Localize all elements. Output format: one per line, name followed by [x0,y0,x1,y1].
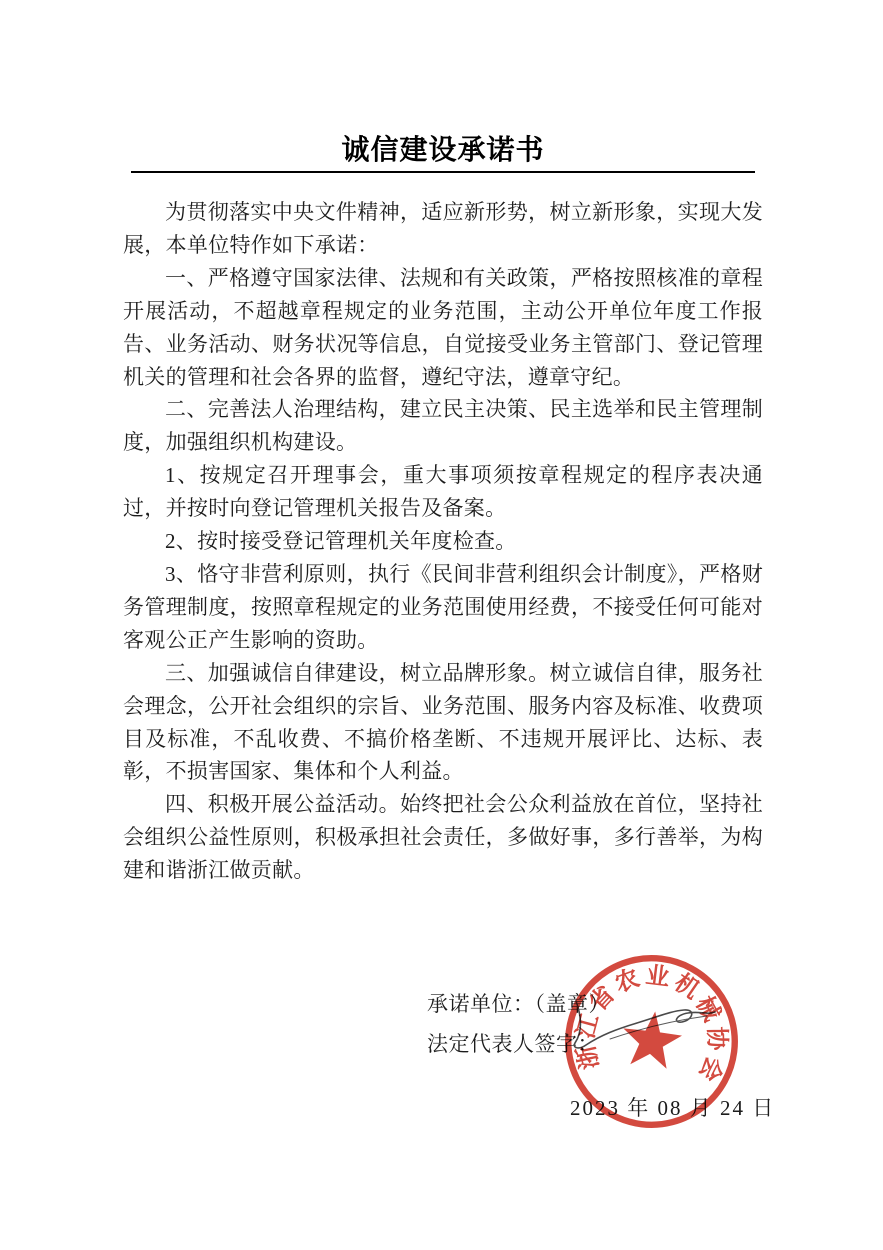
paragraph-item-2-1: 1、按规定召开理事会，重大事项须按章程规定的程序表决通过，并按时向登记管理机关报… [123,459,763,525]
paragraph-item-3: 三、加强诚信自律建设，树立品牌形象。树立诚信自律，服务社会理念，公开社会组织的宗… [123,657,763,789]
seal-star-icon [619,1008,684,1070]
paragraph-item-2-2: 2、按时接受登记管理机关年度检查。 [123,525,763,558]
document-body: 为贯彻落实中央文件精神，适应新形势，树立新形象，实现大发展，本单位特作如下承诺：… [123,196,763,887]
paragraph-item-1: 一、严格遵守国家法律、法规和有关政策，严格按照核准的章程开展活动，不超越章程规定… [123,262,763,394]
paragraph-intro: 为贯彻落实中央文件精神，适应新形势，树立新形象，实现大发展，本单位特作如下承诺： [123,196,763,262]
paragraph-item-4: 四、积极开展公益活动。始终把社会公众利益放在首位，坚持社会组织公益性原则，积极承… [123,788,763,887]
official-seal: 浙江省农业机械协会 [550,940,754,1144]
document-page: 诚信建设承诺书 为贯彻落实中央文件精神，适应新形势，树立新形象，实现大发展，本单… [0,0,883,1250]
title-divider [131,171,755,173]
paragraph-item-2: 二、完善法人治理结构，建立民主决策、民主选举和民主管理制度，加强组织机构建设。 [123,393,763,459]
paragraph-item-2-3: 3、恪守非营利原则，执行《民间非营利组织会计制度》，严格财务管理制度，按照章程规… [123,558,763,657]
page-title: 诚信建设承诺书 [131,128,755,168]
